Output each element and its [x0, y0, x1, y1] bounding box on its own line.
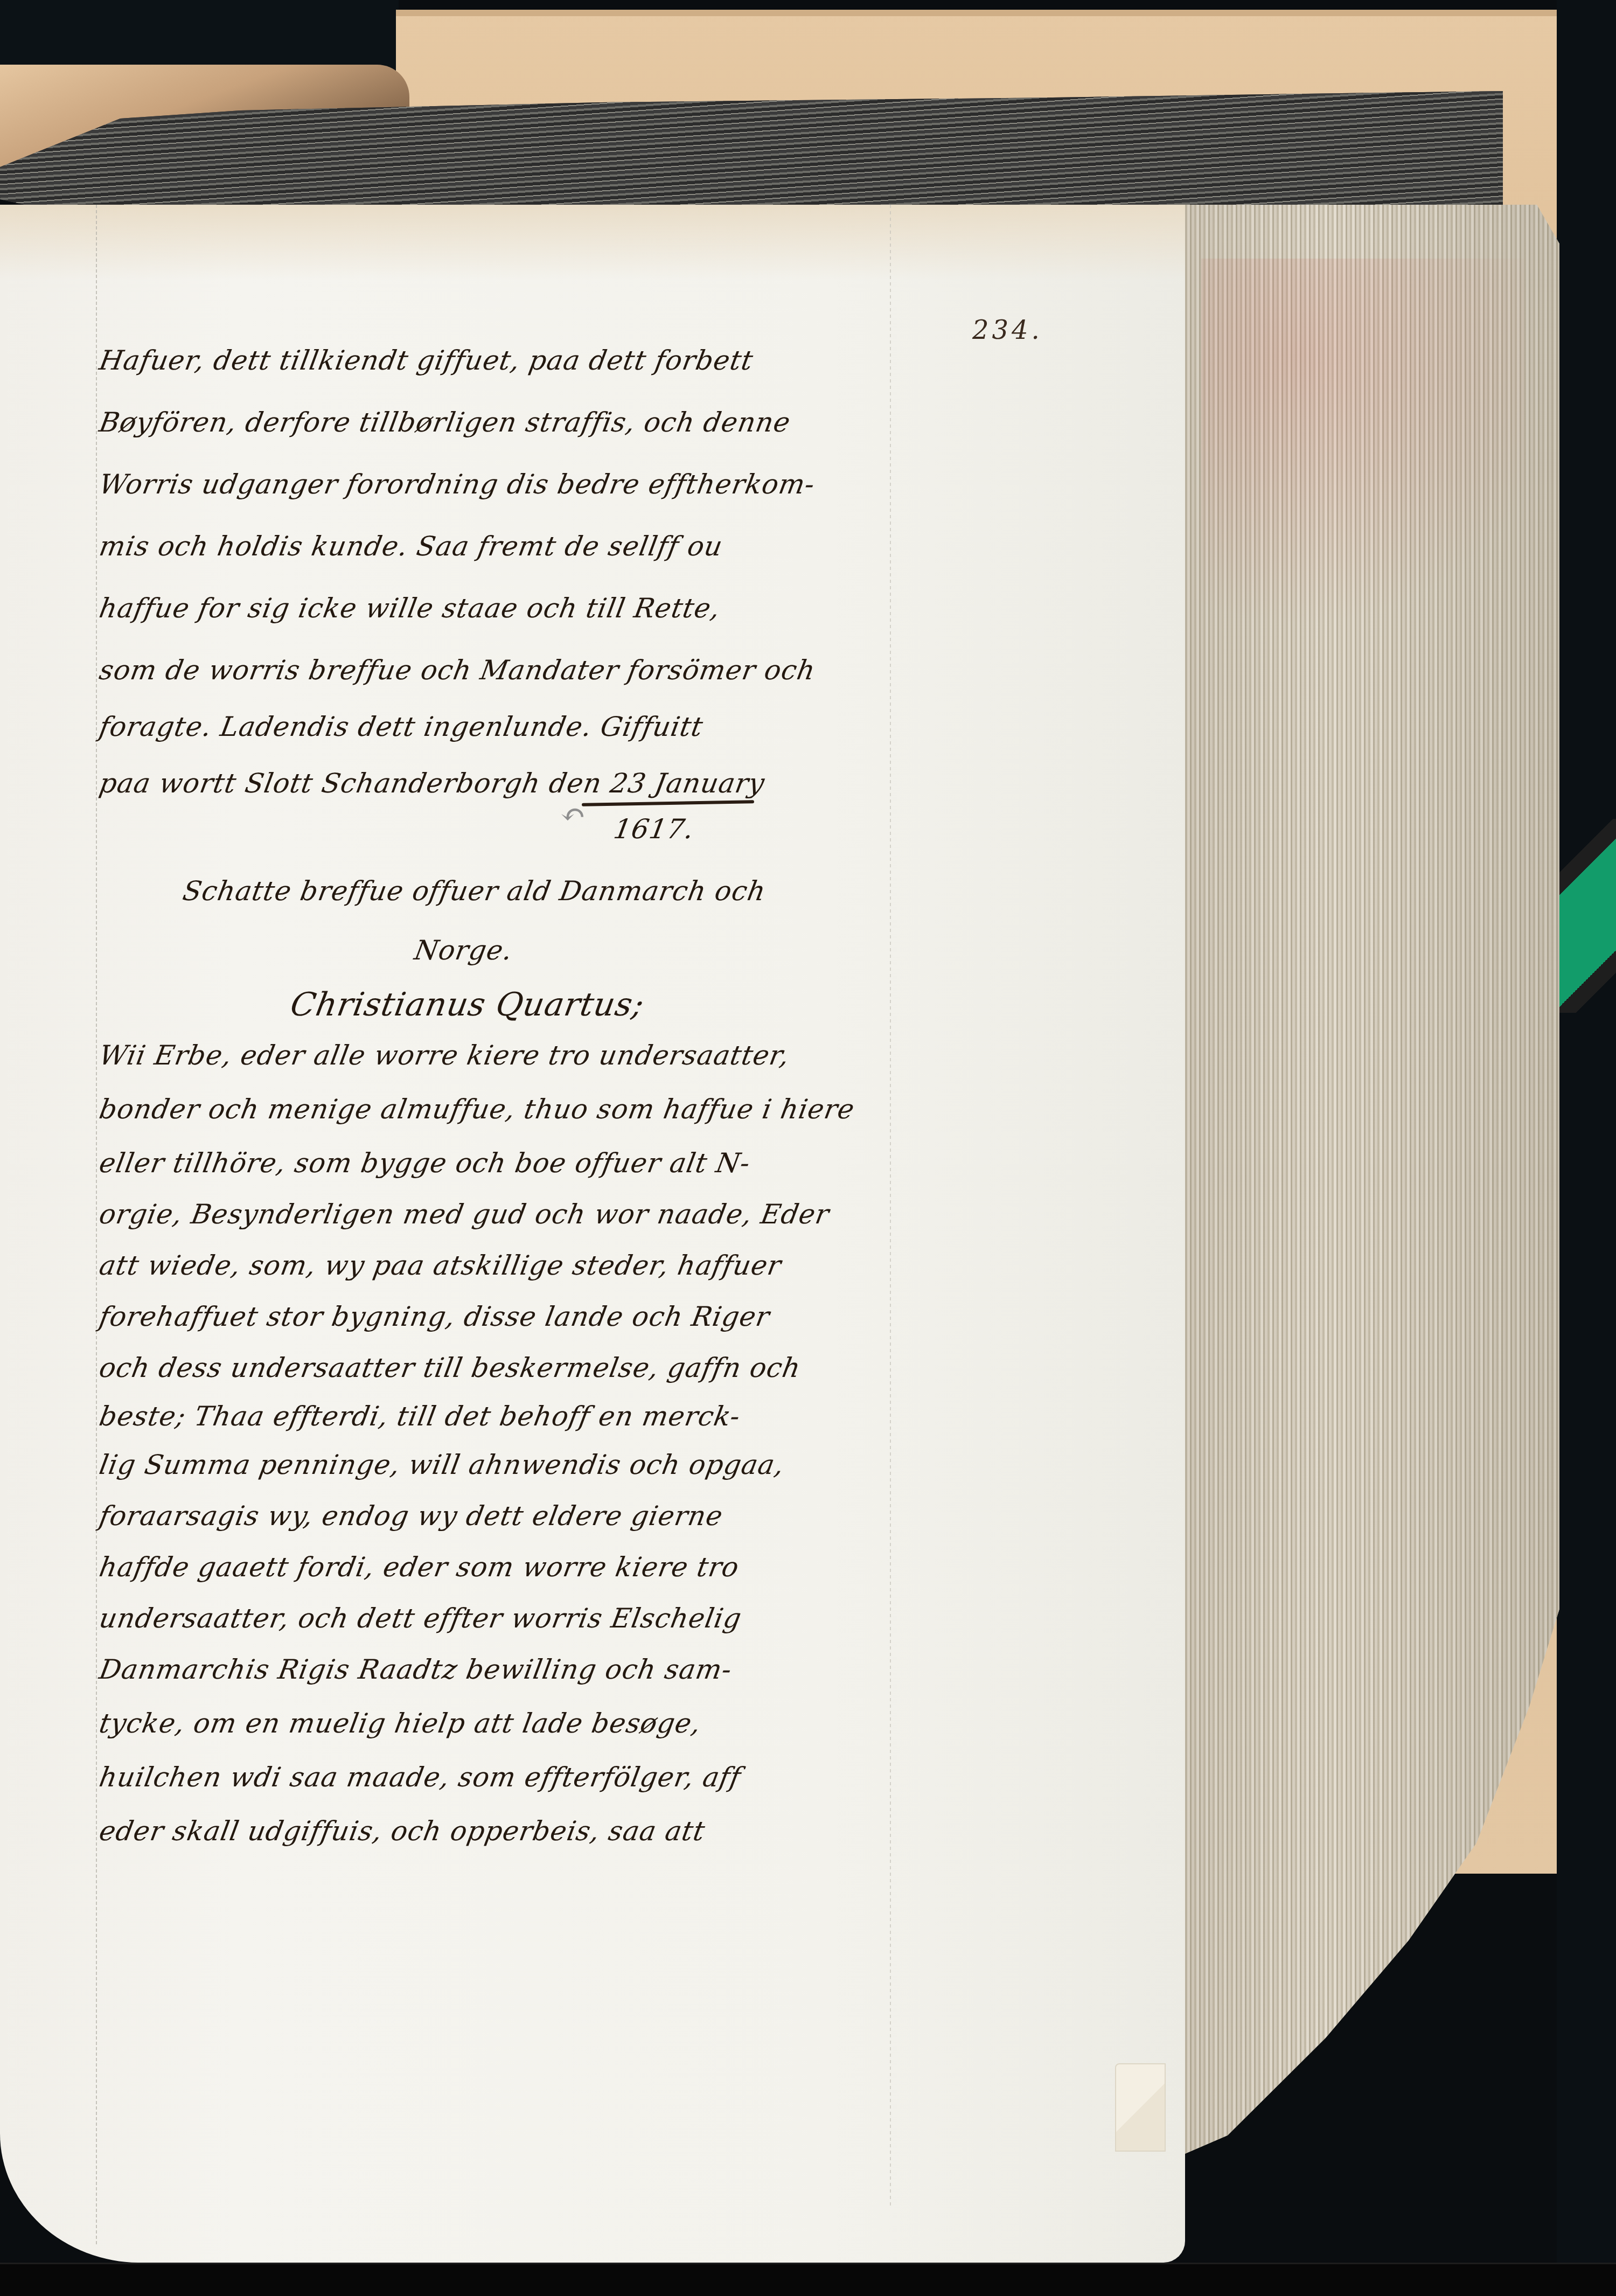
letter-line: bonder och menige almuffue, thuo som haf…: [97, 1094, 857, 1125]
signature-heading: Christianus Quartus;: [288, 986, 647, 1024]
letter-line: eder skall udgiffuis, och opperbeis, saa…: [97, 1815, 708, 1847]
letter-line: och dess undersaatter till beskermelse, …: [97, 1352, 803, 1383]
cover-top-edge: [396, 10, 1557, 16]
dark-background-right: [1557, 0, 1616, 2296]
body-line: foragte. Ladendis dett ingenlunde. Giffu…: [97, 711, 706, 742]
body-line: Hafuer, dett tillkiendt giffuet, paa det…: [97, 345, 756, 376]
letter-line: beste; Thaa effterdi, till det behoff en…: [97, 1401, 743, 1432]
heading-line: Schatte breffue offuer ald Danmarch och: [180, 875, 768, 907]
letter-line: foraarsagis wy, endog wy dett eldere gie…: [97, 1500, 726, 1532]
letter-line: Wii Erbe, eder alle worre kiere tro unde…: [97, 1040, 792, 1071]
body-line: haffue for sig icke wille staae och till…: [97, 593, 723, 624]
body-line: Bøyfören, derfore tillbørligen straffis,…: [97, 407, 793, 438]
left-margin-rule: [96, 205, 97, 2246]
body-line: som de worris breffue och Mandater forsö…: [97, 655, 818, 686]
page-top-stain: [0, 205, 1185, 280]
letter-line: tycke, om en muelig hielp att lade besøg…: [97, 1708, 703, 1739]
body-line: paa wortt Slott Schanderborgh den 23 Jan…: [97, 768, 768, 799]
letter-line: huilchen wdi saa maade, som effterfölger…: [97, 1762, 743, 1793]
page-corner-fold: [1115, 2063, 1166, 2152]
letter-line: forehaffuet stor bygning, disse lande oc…: [97, 1301, 772, 1332]
letter-line: undersaatter, och dett effter worris Els…: [97, 1603, 744, 1634]
folio-number: 234.: [972, 315, 1043, 345]
letter-line: eller tillhöre, som bygge och boe offuer…: [97, 1147, 753, 1179]
letter-line: orgie, Besynderligen med gud och wor naa…: [97, 1199, 832, 1230]
right-margin-rule: [890, 205, 891, 2209]
pencil-mark-icon: ↶: [560, 797, 586, 832]
photo-scene: 234. Hafuer, dett tillkiendt giffuet, pa…: [0, 0, 1616, 2296]
body-line: Worris udganger forordning dis bedre eff…: [97, 469, 818, 500]
letter-line: lig Summa penninge, will ahnwendis och o…: [97, 1449, 787, 1480]
green-stripe-decoration: [1551, 819, 1616, 1013]
heading-line: Norge.: [412, 935, 515, 966]
book-stand: [0, 2263, 1616, 2296]
body-line: mis och holdis kunde. Saa fremt de sellf…: [97, 531, 725, 562]
letter-line: att wiede, som, wy paa atskillige steder…: [97, 1250, 784, 1281]
year-line: 1617.: [611, 813, 696, 845]
letter-line: Danmarchis Rigis Raadtz bewilling och sa…: [97, 1654, 735, 1685]
fore-edge-red-speckle: [1201, 259, 1524, 743]
manuscript-page: [0, 205, 1185, 2263]
letter-line: haffde gaaett fordi, eder som worre kier…: [97, 1551, 742, 1583]
